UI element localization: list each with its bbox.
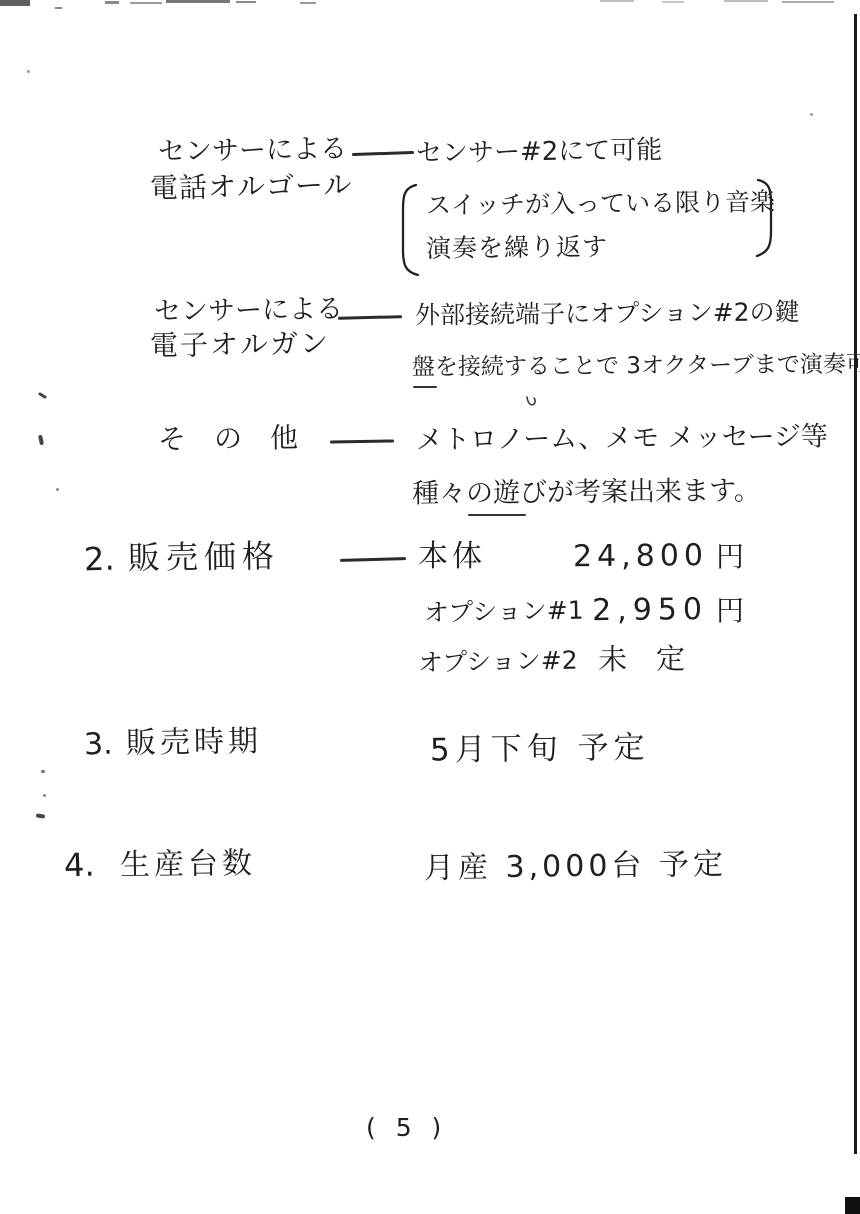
scan-smudge [166,0,230,3]
scan-speck [27,70,30,73]
section3-title: 販売時期 [126,725,262,760]
scan-speck [36,813,45,818]
feature1-note-line1: スイッチが入っている限り音楽 [426,188,775,219]
section4-value: 月産 3,000台 予定 [424,848,727,885]
check-tick-mark [525,394,537,408]
feature1-label-line1: センサーによる [158,134,347,167]
scan-speck [38,392,47,399]
grouping-bracket-right [752,178,776,258]
scan-smudge [130,2,162,4]
price-item: オプション#2 [418,647,578,677]
price-value: 24,800 [500,539,708,574]
scan-speck [43,794,46,797]
scan-edge-line [854,14,857,1154]
feature1-label-line2: 電話オルゴール [150,170,353,204]
scan-smudge [0,0,30,6]
section2-number: 2. [83,541,115,577]
feature3-value-line2: 種々の遊びが考案出来ます。 [412,476,761,509]
scan-smudge [600,0,634,2]
scan-speck [41,770,45,773]
handwritten-underline [413,386,437,388]
price-item: 本体 [418,540,486,573]
section3-number: 3. [83,728,113,762]
feature2-label-line2: 電子オルガン [150,329,330,362]
page-number: ( 5 ) [366,1114,447,1142]
feature3-label: そ の 他 [158,423,298,455]
price-unit: 円 [716,542,744,573]
grouping-bracket-left [398,182,422,277]
handwritten-underline [468,514,526,516]
scan-smudge [724,0,768,2]
feature2-value-line2: 盤を接続することで 3オクターブまで演奏可能 [412,352,860,381]
price-unit: 円 [716,596,744,627]
feature1-value: センサー#2にて可能 [416,136,663,168]
scan-smudge [236,1,256,3]
feature3-value-line1: メトロノーム、メモ メッセージ等 [416,422,828,455]
section4-number: 4. [63,847,95,883]
scan-smudge [105,1,119,4]
feature2-label-line1: センサーによる [154,295,343,327]
scan-speck [56,488,59,491]
section2-title: 販売価格 [128,539,280,576]
feature1-connector-dash [352,151,414,156]
section4-title: 生産台数 [120,847,256,882]
scan-smudge [782,1,834,3]
price-value: 未 定 [598,644,685,677]
scan-smudge [300,2,316,4]
feature2-value-line1: 外部接続端子にオプション#2の鍵 [415,298,800,329]
feature3-connector-dash [330,439,394,443]
feature1-note-line2: 演奏を繰り返す [426,233,608,262]
scan-speck [38,435,44,446]
feature2-connector-dash [338,315,402,320]
section2-connector-dash [340,557,406,562]
scan-corner-blob [845,1197,860,1214]
scan-smudge [55,7,62,9]
price-value: 2,950 [500,593,708,628]
section3-value: 5月下旬 予定 [430,730,650,767]
scanned-document-page: センサーによる 電話オルゴール センサー#2にて可能 スイッチが入っている限り音… [0,0,860,1214]
scan-smudge [662,1,684,3]
scan-speck [810,113,813,116]
